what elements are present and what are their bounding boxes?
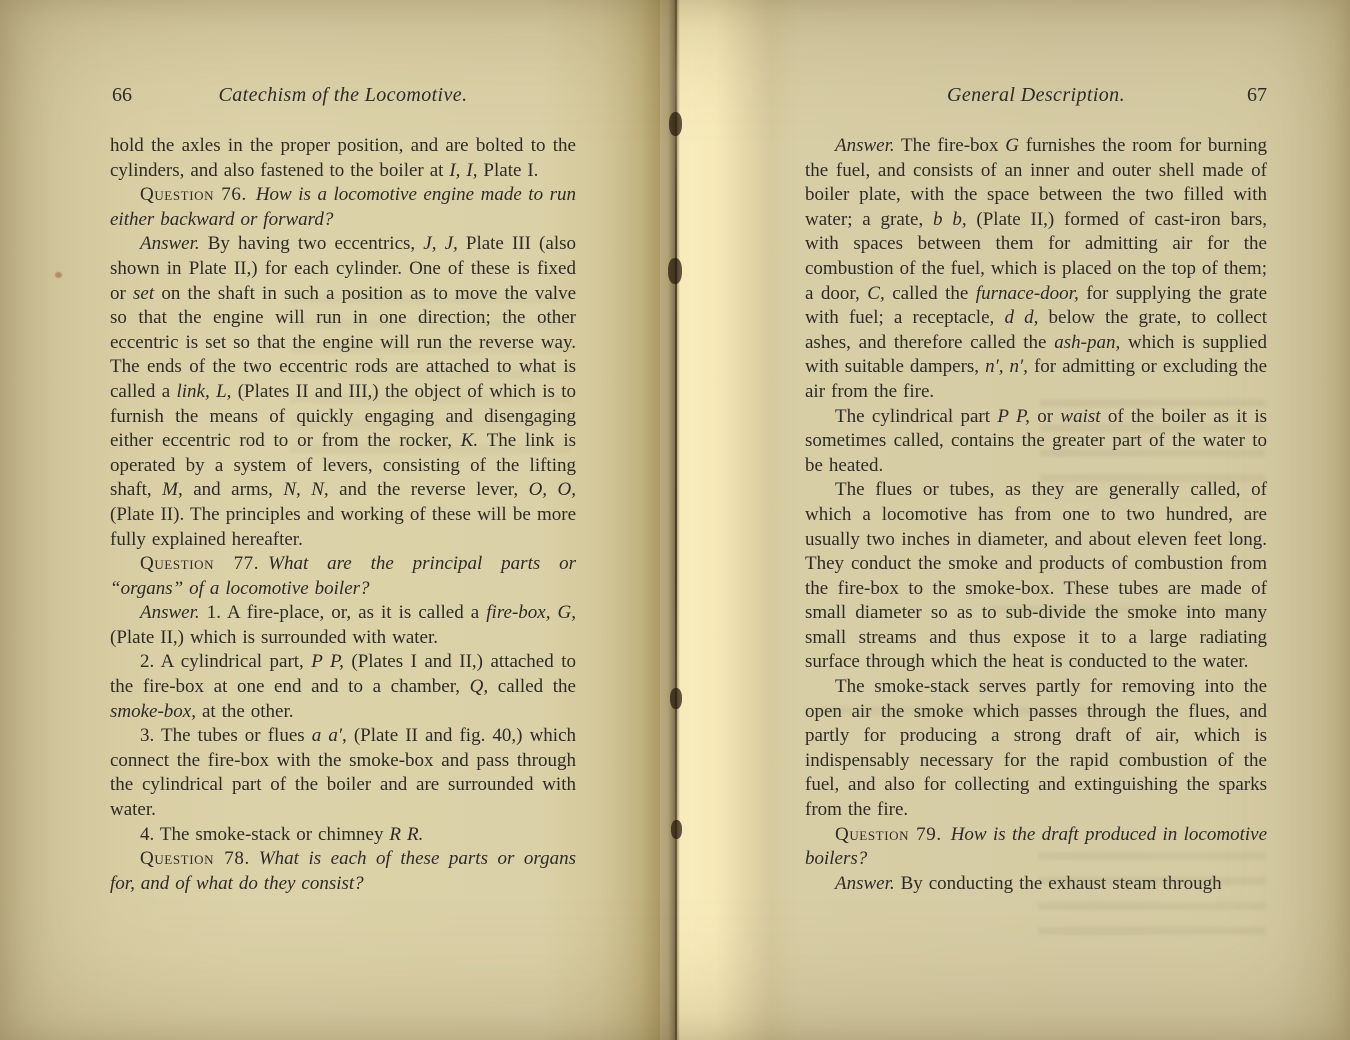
page-body-right: Answer. The fire-box G furnishes the roo…	[805, 134, 1267, 896]
page-header-right: General Description. 67	[805, 84, 1267, 114]
book-spread: 66 Catechism of the Locomotive. hold the…	[0, 0, 1350, 1040]
page-number-right: 67	[1247, 84, 1267, 107]
body-paragraph: The smoke-stack serves partly for removi…	[805, 675, 1267, 823]
question-paragraph: Question 78.What is each of these parts …	[110, 847, 576, 896]
running-head-left: Catechism of the Locomotive.	[110, 84, 576, 107]
foxing-spot	[55, 272, 62, 278]
answer-paragraph: Answer. By having two eccentrics, J, J, …	[110, 232, 576, 552]
body-paragraph: The cylindrical part P P, or waist of th…	[805, 405, 1267, 479]
running-head-right: General Description.	[805, 84, 1267, 107]
page-number-left: 66	[112, 84, 132, 107]
answer-paragraph: Answer. 1. A fire-place, or, as it is ca…	[110, 601, 576, 650]
answer-paragraph: Answer. By conducting the exhaust steam …	[805, 872, 1267, 897]
list-item-paragraph: 3. The tubes or flues a a′, (Plate II an…	[110, 724, 576, 822]
question-paragraph: Question 76.How is a locomotive engine m…	[110, 183, 576, 232]
page-body-left: hold the axles in the proper position, a…	[110, 134, 576, 896]
list-item-paragraph: 2. A cylindrical part, P P, (Plates I an…	[110, 650, 576, 724]
page-right: General Description. 67 Answer. The fire…	[690, 0, 1350, 1040]
body-paragraph: The flues or tubes, as they are generall…	[805, 478, 1267, 675]
question-paragraph: Question 77.What are the principal parts…	[110, 552, 576, 601]
stitch-notch	[671, 820, 682, 839]
stitch-notch	[670, 688, 682, 709]
page-left: 66 Catechism of the Locomotive. hold the…	[0, 0, 660, 1040]
question-paragraph: Question 79.How is the draft produced in…	[805, 823, 1267, 872]
paragraph-continuation: hold the axles in the proper position, a…	[110, 134, 576, 183]
page-header-left: 66 Catechism of the Locomotive.	[110, 84, 576, 114]
list-item-paragraph: 4. The smoke-stack or chimney R R.	[110, 823, 576, 848]
stitch-notch	[668, 258, 682, 284]
stitch-notch	[669, 112, 682, 136]
gutter-crease	[675, 0, 677, 1040]
answer-paragraph: Answer. The fire-box G furnishes the roo…	[805, 134, 1267, 405]
